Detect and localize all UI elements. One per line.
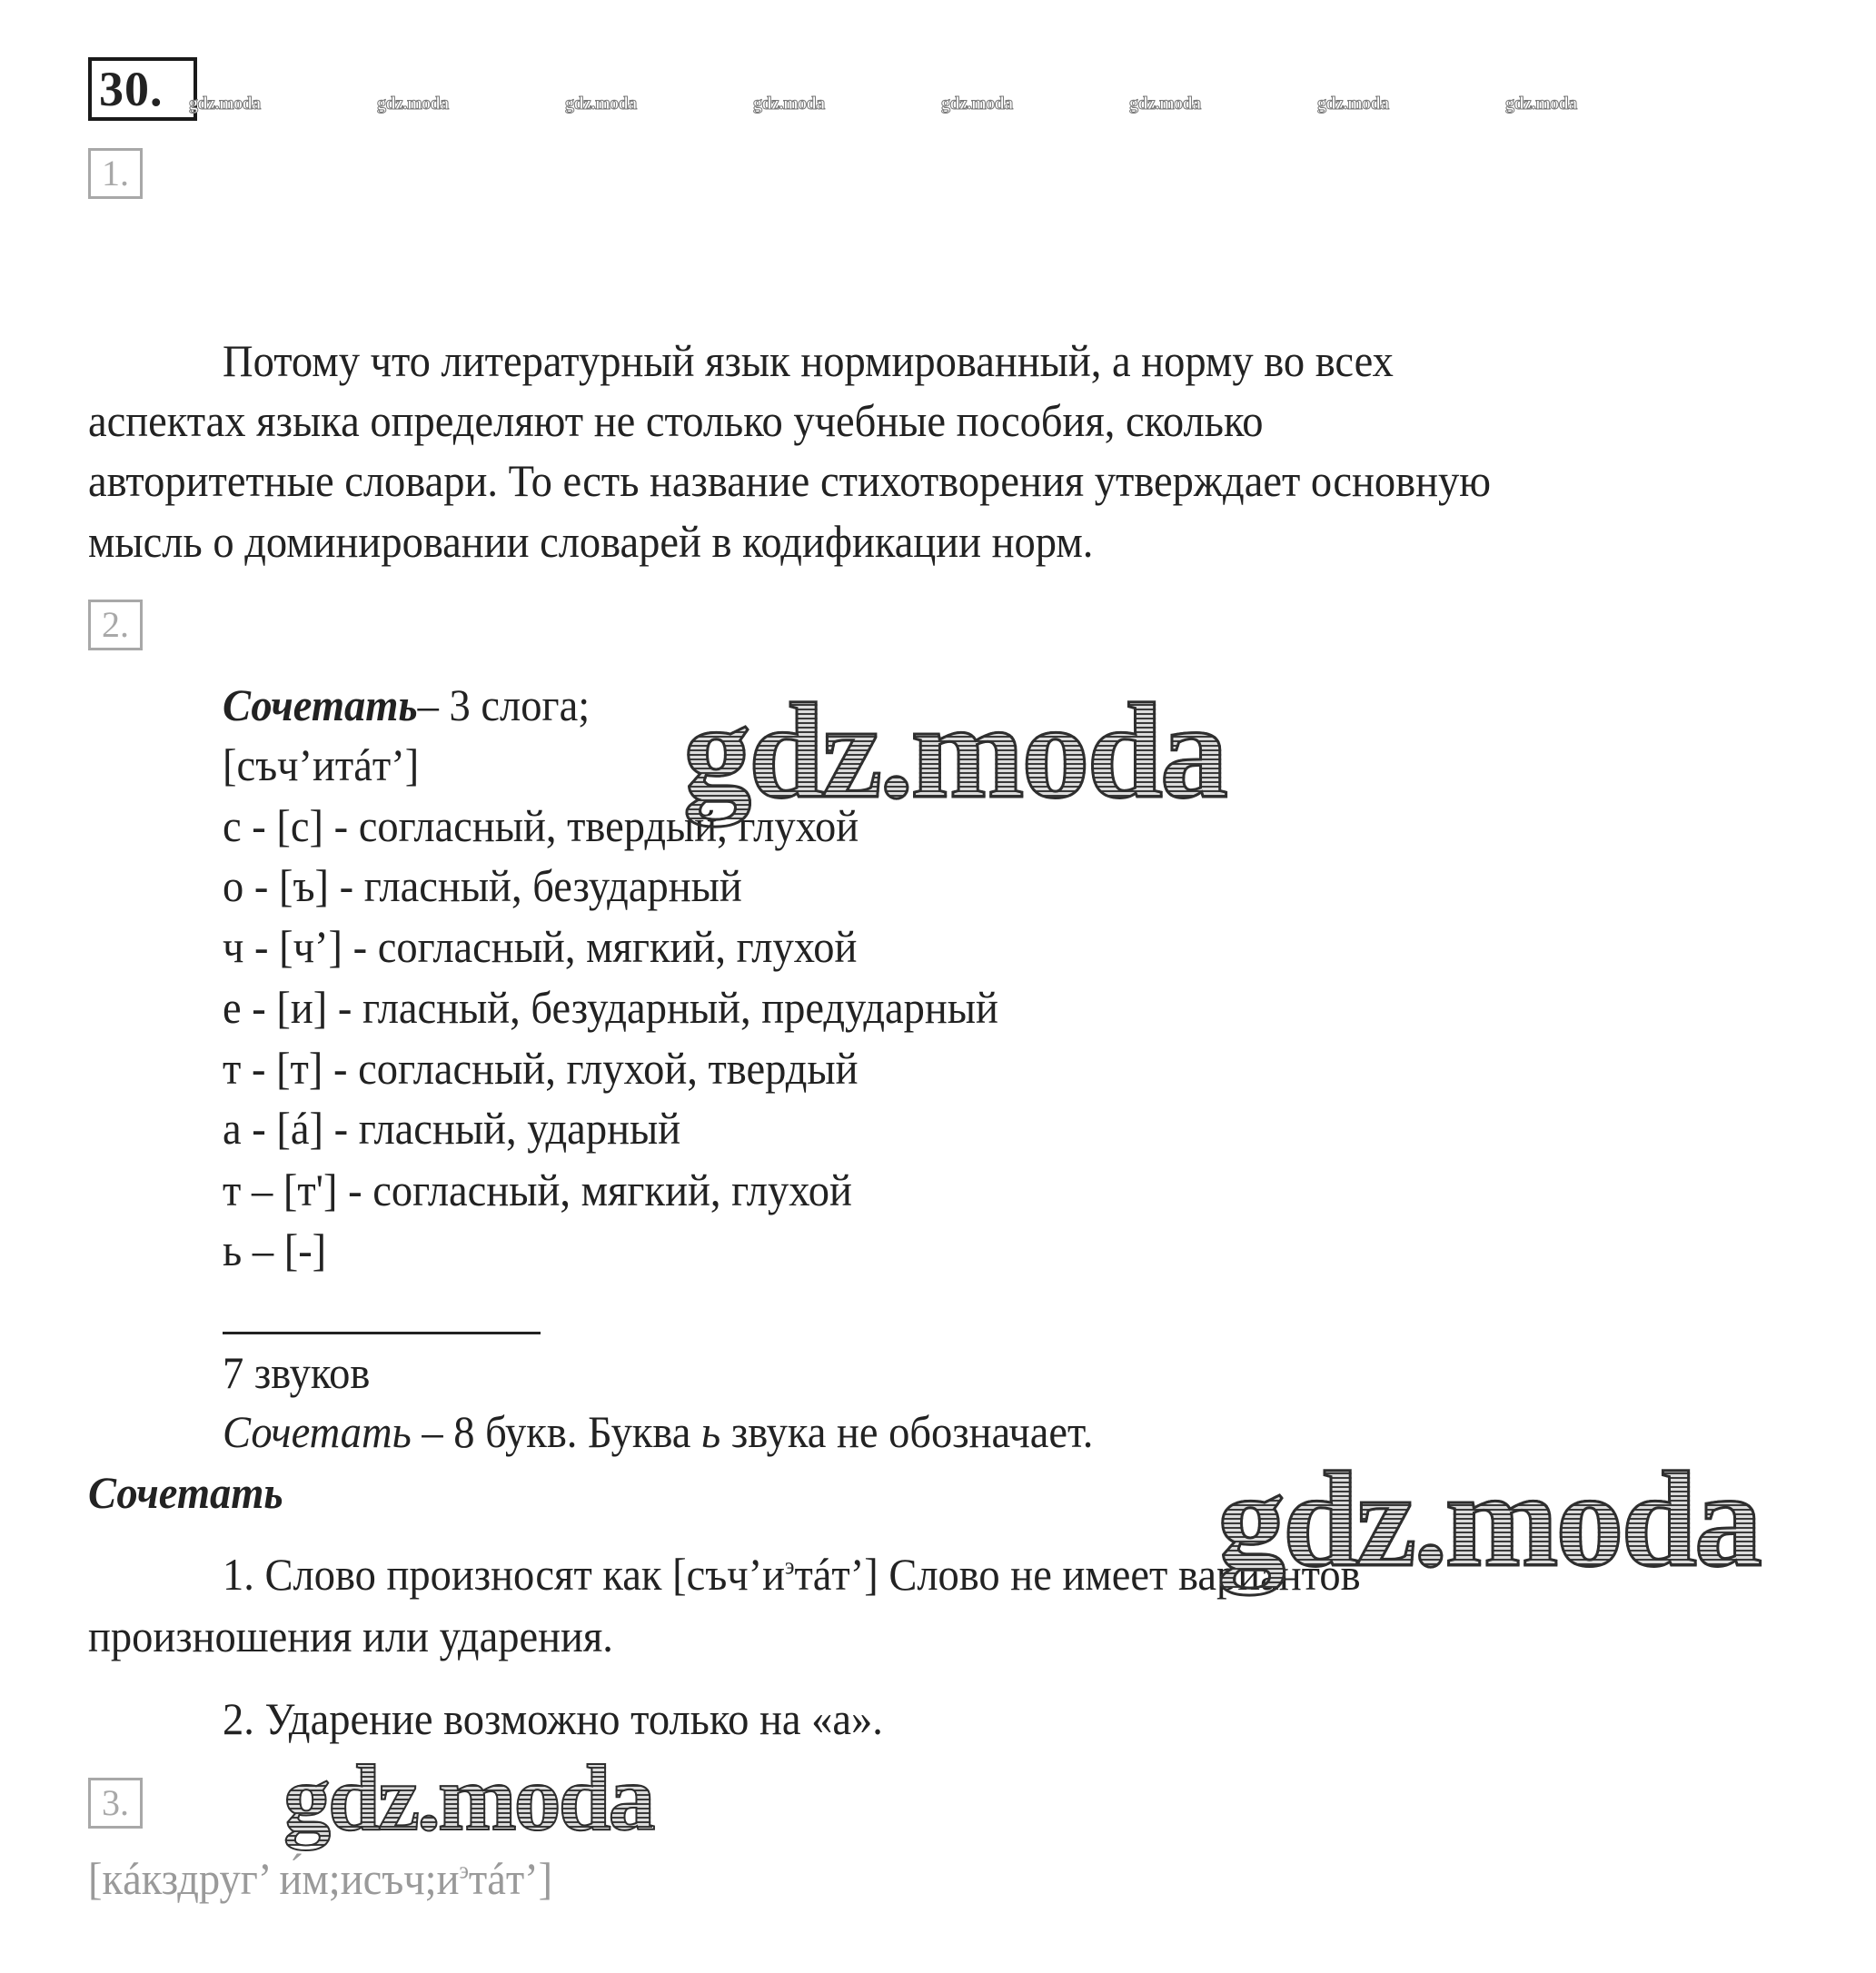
section-2-label: 2. [88, 600, 143, 650]
point-1: 1. Слово произносят как [съч’иэтáт’] Сло… [223, 1552, 1361, 1597]
watermark-small: gdz.moda [1317, 94, 1389, 114]
analysis-letter: е [223, 982, 242, 1033]
watermark-small: gdz.moda [565, 94, 637, 114]
analysis-sound: [-] [284, 1224, 326, 1275]
divider-line [223, 1332, 541, 1334]
analysis-sep: - [243, 921, 279, 972]
point-1-line-2: произношения или ударения. [88, 1613, 613, 1659]
watermark-small: gdz.moda [1505, 94, 1577, 114]
analysis-sound: [и] [276, 982, 327, 1033]
analysis-letter: о [223, 860, 243, 911]
point-1-sup: э [785, 1552, 794, 1579]
letters-word: Сочетать [223, 1406, 412, 1457]
point-2: 2. Ударение возможно только на «а». [223, 1696, 883, 1741]
analysis-sep: – [241, 1165, 283, 1215]
analysis-sep: - [243, 860, 279, 911]
letters-text-b: звука не обозначает. [720, 1406, 1093, 1457]
analysis-letter: а [223, 1103, 242, 1154]
analysis-sep: - [242, 1103, 277, 1154]
watermark-small: gdz.moda [377, 94, 449, 114]
orthoepy-heading: Сочетать [88, 1470, 283, 1515]
watermark-large-1: gdz.moda [683, 683, 1226, 819]
letters-count-line: Сочетать – 8 букв. Буква ь звука не обоз… [223, 1409, 1093, 1454]
watermark-large-3: gdz.moda [283, 1751, 652, 1846]
section-3-label: 3. [88, 1778, 143, 1829]
s3-sup: э [459, 1857, 468, 1883]
paragraph-line-4: мысль о доминировании словарей в кодифик… [88, 519, 1093, 564]
exercise-number: 30. [88, 57, 197, 121]
analysis-letter: с [223, 800, 242, 851]
paragraph-line-3: авторитетные словари. То есть название с… [88, 458, 1491, 503]
analysis-row: ч - [ч’] - согласный, мягкий, глухой [223, 924, 857, 969]
s3-text-b: тáт’] [469, 1853, 552, 1904]
analysis-sound: [т'] [283, 1165, 338, 1215]
sounds-total: 7 звуков [223, 1350, 370, 1395]
analysis-row: т - [т] - согласный, глухой, твердый [223, 1046, 859, 1091]
analysis-row: о - [ъ] - гласный, безударный [223, 863, 742, 908]
analysis-desc: - гласный, безударный, предударный [327, 982, 998, 1033]
analysis-row: а - [á] - гласный, ударный [223, 1105, 680, 1151]
analysis-letter: ь [223, 1224, 242, 1275]
analysis-sound: [ч’] [279, 921, 342, 972]
soft-sign: ь [701, 1406, 720, 1457]
analysis-sound: [á] [276, 1103, 323, 1154]
paragraph-line-1: Потому что литературный язык нормированн… [223, 338, 1394, 383]
analysis-letter: т [223, 1165, 241, 1215]
syllable-count: – 3 слога; [418, 679, 590, 730]
watermark-small: gdz.moda [753, 94, 825, 114]
transcription: [съч’итáт’] [223, 742, 419, 788]
s3-text-a: [кáкздруг’ и́м;исъч;и [88, 1853, 459, 1904]
analysis-sound: [с] [276, 800, 323, 851]
analysis-row: т – [т'] - согласный, мягкий, глухой [223, 1167, 852, 1213]
analysis-desc: - согласный, мягкий, глухой [342, 921, 857, 972]
watermark-large-2: gdz.moda [1217, 1452, 1760, 1588]
watermark-small: gdz.moda [1129, 94, 1201, 114]
analysis-sep: - [242, 982, 277, 1033]
analysis-row: ь – [-] [223, 1227, 326, 1273]
watermark-small: gdz.moda [189, 94, 261, 114]
paragraph-line-2: аспектах языка определяют не столько уче… [88, 398, 1263, 443]
analysis-row: е - [и] - гласный, безударный, предударн… [223, 985, 998, 1030]
analysis-sep: - [241, 1043, 276, 1094]
analysis-sep: - [242, 800, 277, 851]
section-1-label: 1. [88, 148, 143, 199]
word-title: Сочетать [223, 679, 418, 730]
analysis-desc: - согласный, глухой, твердый [323, 1043, 858, 1094]
section-3-transcription: [кáкздруг’ и́м;исъч;иэтáт’] [88, 1856, 552, 1901]
analysis-desc: - согласный, мягкий, глухой [338, 1165, 852, 1215]
analysis-letter: ч [223, 921, 243, 972]
analysis-sep: – [242, 1224, 284, 1275]
analysis-sound: [т] [276, 1043, 323, 1094]
analysis-letter: т [223, 1043, 241, 1094]
letters-text-a: – 8 букв. Буква [412, 1406, 701, 1457]
analysis-desc: - гласный, безударный [329, 860, 742, 911]
syllable-line: Сочетать– 3 слога; [223, 682, 590, 728]
analysis-desc: - гласный, ударный [323, 1103, 680, 1154]
analysis-sound: [ъ] [279, 860, 329, 911]
point-1-text-a: 1. Слово произносят как [съч’и [223, 1549, 785, 1600]
watermark-small: gdz.moda [941, 94, 1013, 114]
